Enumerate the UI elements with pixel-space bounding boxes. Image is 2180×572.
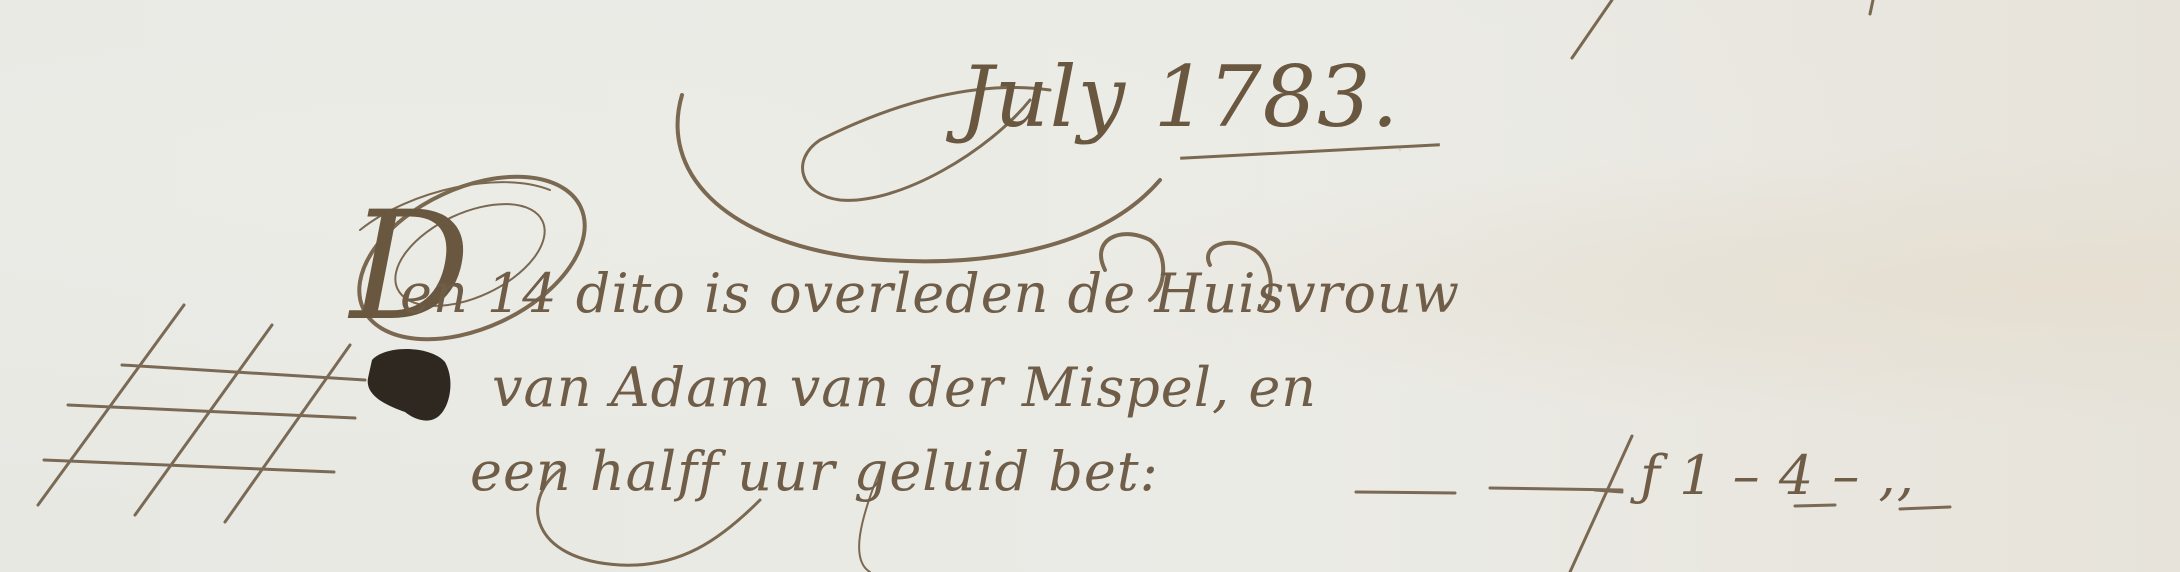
fee-amount: ƒ 1 – 4 – ,, (1640, 444, 1915, 507)
manuscript-page: D July 1783. en 14 dito is overleden de … (0, 0, 2180, 572)
entry-line-1: en 14 dito is overleden de Huisvrouw (400, 262, 1460, 325)
ink-blot-icon (368, 349, 451, 421)
entry-line-3: een halff uur geluid bet: (470, 440, 1159, 503)
tally-mark-icon (38, 305, 365, 522)
entry-line-2: van Adam van der Mispel, en (492, 356, 1317, 419)
page-heading-date: July 1783. (960, 48, 1399, 146)
